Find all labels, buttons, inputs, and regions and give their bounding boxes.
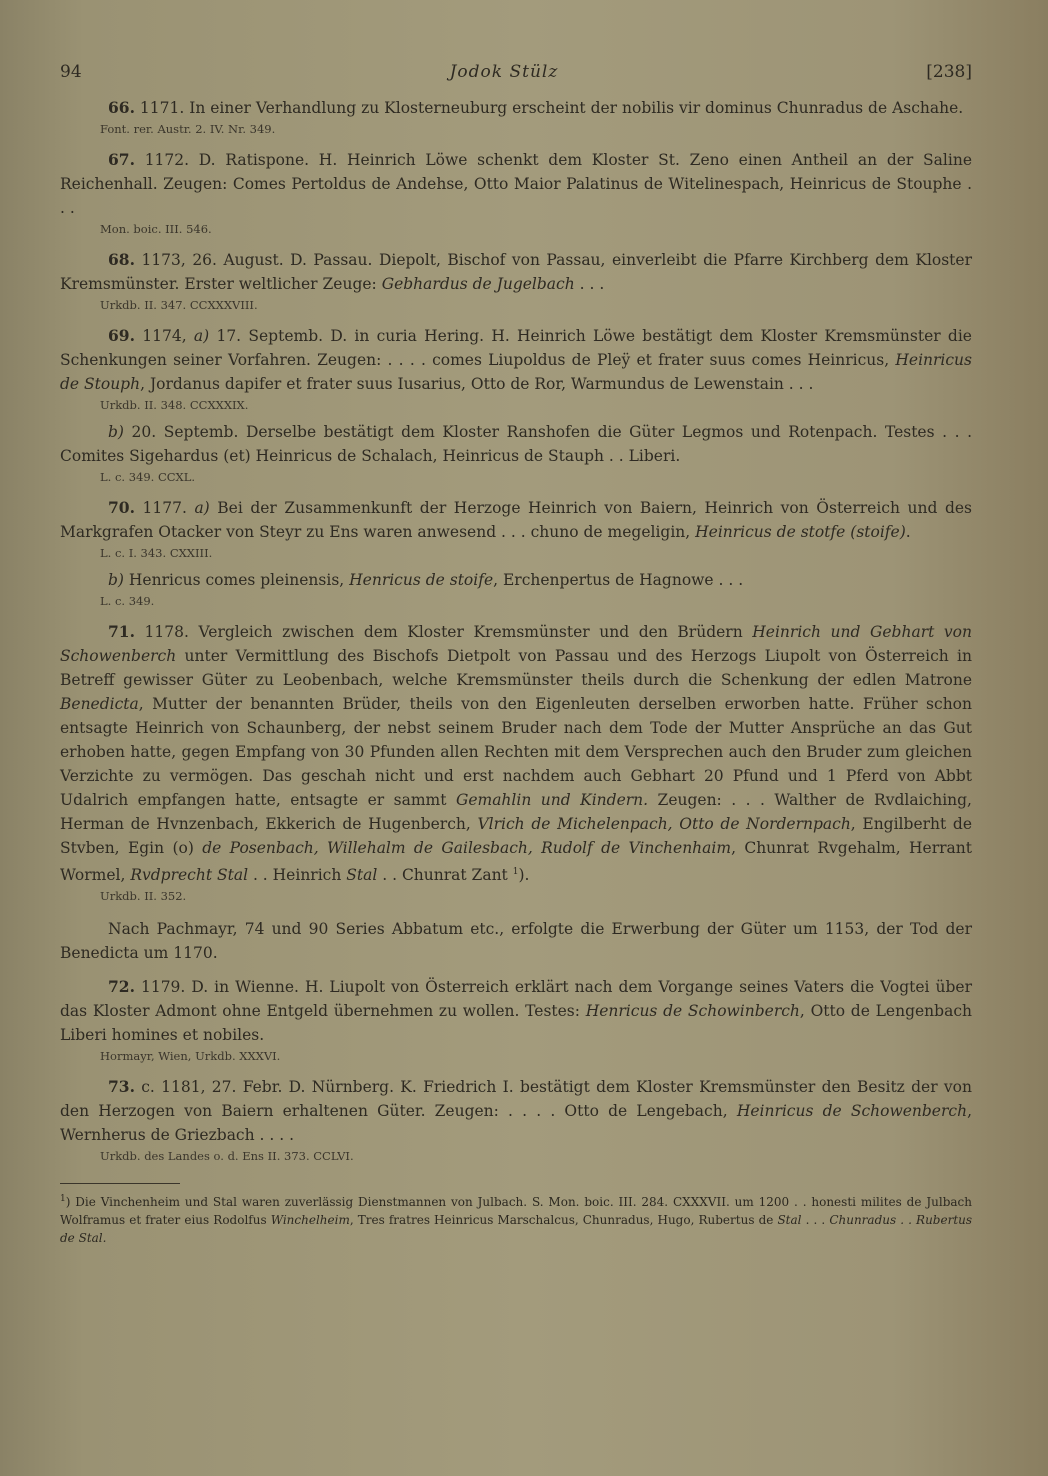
sub-label-a: a) [194,327,209,345]
entry-67: 67. 1172. D. Ratispone. H. Heinrich Löwe… [60,148,972,238]
original-page-number: [238] [926,62,972,82]
sub-label-b: b) [108,571,124,589]
footnote-italic: Winchelheim [271,1213,350,1227]
entry-date: 1177. [135,499,194,517]
document-page: 94 Jodok Stülz [238] 66. 1171. In einer … [60,62,972,1247]
entry-text: . . Heinrich [248,866,346,884]
entry-text: 20. Septemb. Derselbe bestätigt dem Klos… [60,423,972,465]
entry-source: Hormayr, Wien, Urkdb. XXXVI. [100,1047,972,1065]
entry-italic-name: Vlrich de Michelenpach, Otto de Nordernp… [477,815,850,833]
entry-number: 67. [108,150,135,169]
entry-source: Urkdb. des Landes o. d. Ens II. 373. CCL… [100,1147,972,1165]
entry-68: 68. 1173, 26. August. D. Passau. Diepolt… [60,248,972,314]
page-title: Jodok Stülz [450,62,559,82]
entry-text: ). [518,866,529,884]
entry-71: 71. 1178. Vergleich zwischen dem Kloster… [60,620,972,965]
entry-text-tail: . [906,523,911,541]
entry-source: Mon. boic. III. 546. [100,220,972,238]
entry-italic-name: Gebhardus de Jugelbach [382,275,575,293]
entry-text: Henricus comes pleinensis, [124,571,349,589]
entry-70: 70. 1177. a) Bei der Zusammenkunft der H… [60,496,972,610]
running-head: 94 Jodok Stülz [238] [60,62,972,82]
footnote: 1) Die Vinchenheim und Stal waren zuverl… [60,1190,972,1247]
entry-text: 1171. In einer Verhandlung zu Klosterneu… [135,99,963,117]
entry-number: 73. [108,1077,135,1096]
entry-italic-name: Heinricus de Schowenberch [737,1102,967,1120]
entry-source: Urkdb. II. 352. [100,887,972,905]
entry-date: 1174, [135,327,194,345]
entry-text: . . Chunrat Zant [377,866,512,884]
entry-source: Font. rer. Austr. 2. IV. Nr. 349. [100,120,972,138]
entry-text: 1178. Vergleich zwischen dem Kloster Kre… [135,623,752,641]
entry-text-tail: , Erchenpertus de Hagnowe . . . [493,571,743,589]
entry-source: Urkdb. II. 347. CCXXXVIII. [100,296,972,314]
entry-italic-name: Rvdprecht Stal [130,866,248,884]
entry-italic-name: Stal [346,866,377,884]
entry-number: 72. [108,977,135,996]
entry-73: 73. c. 1181, 27. Febr. D. Nürnberg. K. F… [60,1075,972,1165]
footnote-divider [60,1183,180,1184]
footnote-text: , Tres fratres Heinricus Marschalcus, Ch… [350,1213,778,1227]
entry-italic-name: Henricus de Schowinberch [586,1002,800,1020]
entry-text-tail: , Jordanus dapifer et frater suus Iusari… [140,375,813,393]
editorial-note: Nach Pachmayr, 74 und 90 Series Abbatum … [60,917,972,965]
entry-number: 68. [108,250,135,269]
entry-69: 69. 1174, a) 17. Septemb. D. in curia He… [60,324,972,486]
sub-label-b: b) [108,423,124,441]
entry-number: 66. [108,98,135,117]
entry-italic-name: Benedicta [60,695,139,713]
page-number: 94 [60,62,82,82]
entry-text-tail: . . . [575,275,605,293]
entry-source: L. c. I. 343. CXXIII. [100,544,972,562]
entry-number: 70. [108,498,135,517]
entry-italic-name: de Posenbach, Willehalm de Gailesbach, R… [202,839,731,857]
entry-number: 71. [108,622,135,641]
sub-label-a: a) [194,499,209,517]
entry-66: 66. 1171. In einer Verhandlung zu Kloste… [60,96,972,138]
entry-text: unter Vermittlung des Bischofs Dietpolt … [60,647,972,689]
entry-number: 69. [108,326,135,345]
entry-italic-name: Gemahlin und Kindern. [456,791,648,809]
entry-source: Urkdb. II. 348. CCXXXIX. [100,396,972,414]
entry-72: 72. 1179. D. in Wienne. H. Liupolt von Ö… [60,975,972,1065]
entry-italic-name: Henricus de stoife [349,571,493,589]
footnote-italic: Stal [777,1213,801,1227]
entry-text: 1172. D. Ratispone. H. Heinrich Löwe sch… [60,151,972,217]
entry-source: L. c. 349. CCXL. [100,468,972,486]
entry-italic-name: Heinricus de stotfe (stoife) [695,523,906,541]
entry-source: L. c. 349. [100,592,972,610]
footnote-text: . . . [802,1213,830,1227]
